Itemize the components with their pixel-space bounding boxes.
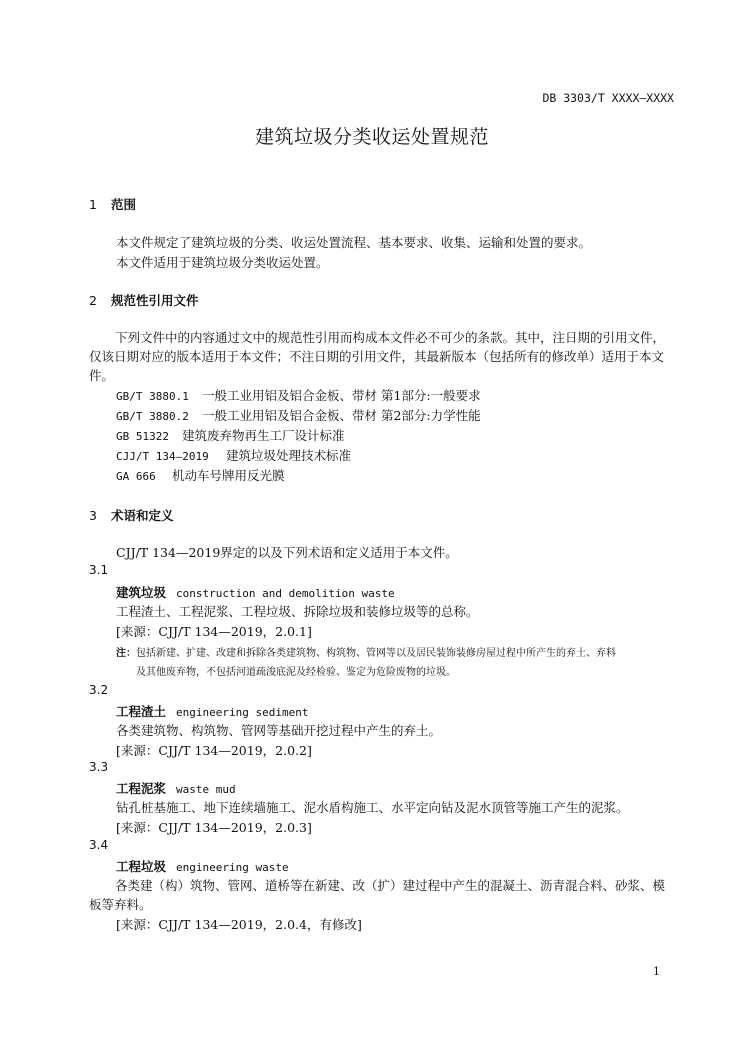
references-intro: 下列文件中的内容通过文中的规范性引用而构成本文件必不可少的条款。其中，注日期的引… (89, 328, 675, 385)
reference-code: CJJ/T 134—2019 (116, 450, 226, 463)
reference-item: GA 666机动车号牌用反光膜 (116, 466, 285, 484)
scope-paragraph-1: 本文件规定了建筑垃圾的分类、收运处置流程、基本要求、收集、运输和处置的要求。 (116, 233, 591, 251)
document-code: DB 3303/T XXXX—XXXX (542, 91, 674, 105)
term-source: [来源：CJJ/T 134—2019，2.0.1] (116, 622, 312, 640)
term-en: waste mud (176, 783, 236, 796)
reference-item: GB/T 3880.2一般工业用铝及铝合金板、带材 第2部分:力学性能 (116, 406, 481, 424)
term-heading: 工程泥浆waste mud (116, 779, 236, 797)
term-number: 3.1 (89, 563, 108, 577)
note-label: 注： (116, 648, 136, 659)
term-number: 3.4 (89, 838, 108, 852)
reference-item: GB/T 3880.1一般工业用铝及铝合金板、带材 第1部分:一般要求 (116, 386, 481, 404)
note-text: 包括新建、扩建、改建和拆除各类建筑物、构筑物、管网等以及居民装饰装修房屋过程中所… (136, 648, 616, 659)
scope-paragraph-2: 本文件适用于建筑垃圾分类收运处置。 (116, 253, 329, 271)
term-heading: 工程渣土engineering sediment (116, 702, 308, 720)
term-note: 注：包括新建、扩建、改建和拆除各类建筑物、构筑物、管网等以及居民装饰装修房屋过程… (116, 644, 616, 659)
term-zh: 工程渣土 (116, 704, 166, 719)
reference-code: GA 666 (116, 470, 172, 483)
reference-code: GB 51322 (116, 430, 182, 443)
page-number: 1 (653, 965, 660, 978)
term-note-continued: 及其他废弃物，不包括河道疏浚底泥及经检验、鉴定为危险废物的垃圾。 (136, 663, 456, 678)
term-definition: 钻孔桩基施工、地下连续墙施工、泥水盾构施工、水平定向钻及泥水顶管等施工产生的泥浆… (116, 798, 629, 816)
reference-item: GB 51322建筑废弃物再生工厂设计标准 (116, 426, 345, 444)
section-number: 1 (89, 197, 111, 212)
section-heading-normative-references: 2规范性引用文件 (89, 291, 199, 309)
section-number: 3 (89, 508, 111, 523)
term-number: 3.3 (89, 760, 108, 774)
reference-code: GB/T 3880.2 (116, 410, 202, 423)
term-definition: 各类建筑物、构筑物、管网等基础开挖过程中产生的弃土。 (116, 721, 441, 739)
section-heading-terms: 3术语和定义 (89, 506, 174, 524)
reference-item: CJJ/T 134—2019建筑垃圾处理技术标准 (116, 446, 351, 464)
term-en: engineering waste (176, 861, 289, 874)
term-source: [来源：CJJ/T 134—2019，2.0.4，有修改] (116, 915, 362, 933)
terms-intro: CJJ/T 134—2019界定的以及下列术语和定义适用于本文件。 (116, 543, 458, 561)
term-source: [来源：CJJ/T 134—2019，2.0.3] (116, 818, 312, 836)
term-number: 3.2 (89, 683, 108, 697)
term-definition: 各类建（构）筑物、管网、道桥等在新建、改（扩）建过程中产生的混凝土、沥青混合料、… (89, 876, 675, 914)
reference-name: 一般工业用铝及铝合金板、带材 第1部分:一般要求 (202, 388, 481, 403)
reference-name: 建筑废弃物再生工厂设计标准 (182, 428, 345, 443)
section-title: 规范性引用文件 (111, 293, 199, 308)
section-number: 2 (89, 293, 111, 308)
term-zh: 建筑垃圾 (116, 585, 166, 600)
section-title: 术语和定义 (111, 508, 174, 523)
section-title: 范围 (111, 197, 136, 212)
term-heading: 建筑垃圾construction and demolition waste (116, 583, 395, 601)
reference-code: GB/T 3880.1 (116, 390, 202, 403)
reference-name: 建筑垃圾处理技术标准 (226, 448, 351, 463)
reference-name: 机动车号牌用反光膜 (172, 468, 285, 483)
term-heading: 工程垃圾engineering waste (116, 857, 289, 875)
term-en: engineering sediment (176, 706, 308, 719)
term-source: [来源：CJJ/T 134—2019，2.0.2] (116, 741, 312, 759)
term-en: construction and demolition waste (176, 587, 395, 600)
section-heading-scope: 1范围 (89, 195, 136, 213)
term-zh: 工程垃圾 (116, 859, 166, 874)
term-definition: 工程渣土、工程泥浆、工程垃圾、拆除垃圾和装修垃圾等的总称。 (116, 602, 479, 620)
reference-name: 一般工业用铝及铝合金板、带材 第2部分:力学性能 (202, 408, 481, 423)
page-title: 建筑垃圾分类收运处置规范 (0, 122, 744, 149)
term-zh: 工程泥浆 (116, 781, 166, 796)
